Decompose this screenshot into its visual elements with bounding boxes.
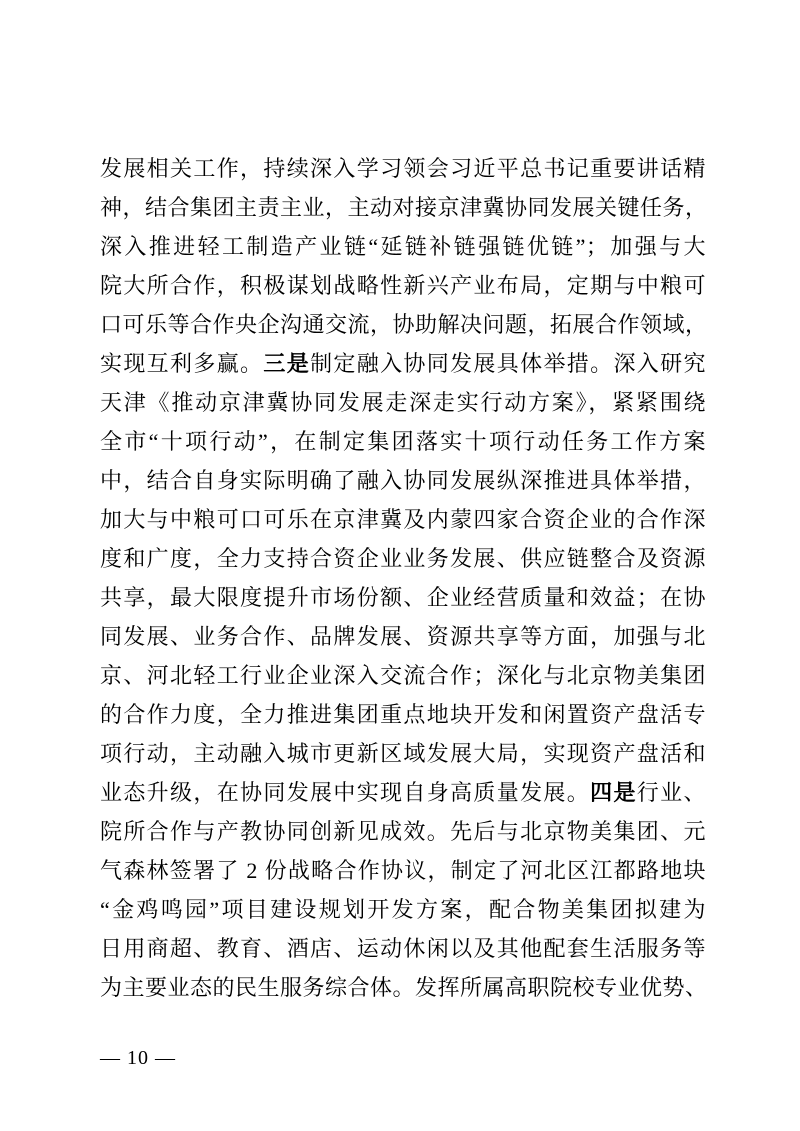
text-line: 日用商超、教育、酒店、运动休闲以及其他配套生活服务等 xyxy=(100,929,706,968)
text-line: 业态升级，在协同发展中实现自身高质量发展。四是行业、 xyxy=(100,773,706,812)
text-segment: 全市“十项行动”，在制定集团落实十项行动任务工作方案 xyxy=(100,429,706,454)
text-segment: 深入推进轻工制造产业链“延链补链强链优链”；加强与大 xyxy=(100,234,706,259)
text-segment: 的合作力度，全力推进集团重点地块开发和闲置资产盘活专 xyxy=(100,702,706,727)
document-page: 发展相关工作，持续深入学习领会习近平总书记重要讲话精神，结合集团主责主业，主动对… xyxy=(0,0,800,1131)
text-line: “金鸡鸣园”项目建设规划开发方案，配合物美集团拟建为 xyxy=(100,890,706,929)
text-line: 加大与中粮可口可乐在京津冀及内蒙四家合资企业的合作深 xyxy=(100,500,706,539)
text-line: 神，结合集团主责主业，主动对接京津冀协同发展关键任务， xyxy=(100,188,706,227)
text-segment: 项行动，主动融入城市更新区域发展大局，实现资产盘活和 xyxy=(100,741,706,766)
text-line: 度和广度，全力支持合资企业业务发展、供应链整合及资源 xyxy=(100,539,706,578)
document-body: 发展相关工作，持续深入学习领会习近平总书记重要讲话精神，结合集团主责主业，主动对… xyxy=(100,149,706,1007)
bold-text-segment: 四是 xyxy=(590,780,637,805)
text-line: 共享，最大限度提升市场份额、企业经营质量和效益；在协 xyxy=(100,578,706,617)
text-line: 为主要业态的民生服务综合体。发挥所属高职院校专业优势、 xyxy=(100,968,706,1007)
text-line: 院大所合作，积极谋划战略性新兴产业布局，定期与中粮可 xyxy=(100,266,706,305)
text-segment: 制定融入协同发展具体举措。深入研究 xyxy=(310,351,706,376)
text-segment: 中，结合自身实际明确了融入协同发展纵深推进具体举措， xyxy=(100,468,706,493)
text-segment: 天津《推动京津冀协同发展走深走实行动方案》，紧紧围绕 xyxy=(100,390,706,415)
text-segment: 实现互利多赢。 xyxy=(100,351,263,376)
text-segment: 同发展、业务合作、品牌发展、资源共享等方面，加强与北 xyxy=(100,624,706,649)
text-line: 同发展、业务合作、品牌发展、资源共享等方面，加强与北 xyxy=(100,617,706,656)
text-segment: 发展相关工作，持续深入学习领会习近平总书记重要讲话精 xyxy=(100,156,706,181)
text-segment: 行业、 xyxy=(637,780,706,805)
text-line: 气森林签署了 2 份战略合作协议，制定了河北区江都路地块 xyxy=(100,851,706,890)
text-line: 实现互利多赢。三是制定融入协同发展具体举措。深入研究 xyxy=(100,344,706,383)
page-number: — 10 — xyxy=(100,1043,176,1073)
text-segment: 气森林签署了 2 份战略合作协议，制定了河北区江都路地块 xyxy=(100,858,706,883)
text-segment: 共享，最大限度提升市场份额、企业经营质量和效益；在协 xyxy=(100,585,706,610)
text-line: 深入推进轻工制造产业链“延链补链强链优链”；加强与大 xyxy=(100,227,706,266)
text-line: 院所合作与产教协同创新见成效。先后与北京物美集团、元 xyxy=(100,812,706,851)
text-segment: 为主要业态的民生服务综合体。发挥所属高职院校专业优势、 xyxy=(100,975,708,1000)
text-line: 全市“十项行动”，在制定集团落实十项行动任务工作方案 xyxy=(100,422,706,461)
text-line: 京、河北轻工行业企业深入交流合作；深化与北京物美集团 xyxy=(100,656,706,695)
text-line: 口可乐等合作央企沟通交流，协助解决问题，拓展合作领域， xyxy=(100,305,706,344)
text-segment: 业态升级，在协同发展中实现自身高质量发展。 xyxy=(100,780,590,805)
text-line: 的合作力度，全力推进集团重点地块开发和闲置资产盘活专 xyxy=(100,695,706,734)
text-segment: 院所合作与产教协同创新见成效。先后与北京物美集团、元 xyxy=(100,819,706,844)
text-line: 天津《推动京津冀协同发展走深走实行动方案》，紧紧围绕 xyxy=(100,383,706,422)
bold-text-segment: 三是 xyxy=(263,351,310,376)
text-line: 项行动，主动融入城市更新区域发展大局，实现资产盘活和 xyxy=(100,734,706,773)
text-segment: 度和广度，全力支持合资企业业务发展、供应链整合及资源 xyxy=(100,546,706,571)
text-segment: 日用商超、教育、酒店、运动休闲以及其他配套生活服务等 xyxy=(100,936,706,961)
text-segment: “金鸡鸣园”项目建设规划开发方案，配合物美集团拟建为 xyxy=(100,897,706,922)
text-segment: 院大所合作，积极谋划战略性新兴产业布局，定期与中粮可 xyxy=(100,273,706,298)
text-segment: 口可乐等合作央企沟通交流，协助解决问题，拓展合作领域， xyxy=(100,312,708,337)
text-segment: 加大与中粮可口可乐在京津冀及内蒙四家合资企业的合作深 xyxy=(100,507,706,532)
text-line: 发展相关工作，持续深入学习领会习近平总书记重要讲话精 xyxy=(100,149,706,188)
text-segment: 神，结合集团主责主业，主动对接京津冀协同发展关键任务， xyxy=(100,195,708,220)
text-line: 中，结合自身实际明确了融入协同发展纵深推进具体举措， xyxy=(100,461,706,500)
text-segment: 京、河北轻工行业企业深入交流合作；深化与北京物美集团 xyxy=(100,663,706,688)
